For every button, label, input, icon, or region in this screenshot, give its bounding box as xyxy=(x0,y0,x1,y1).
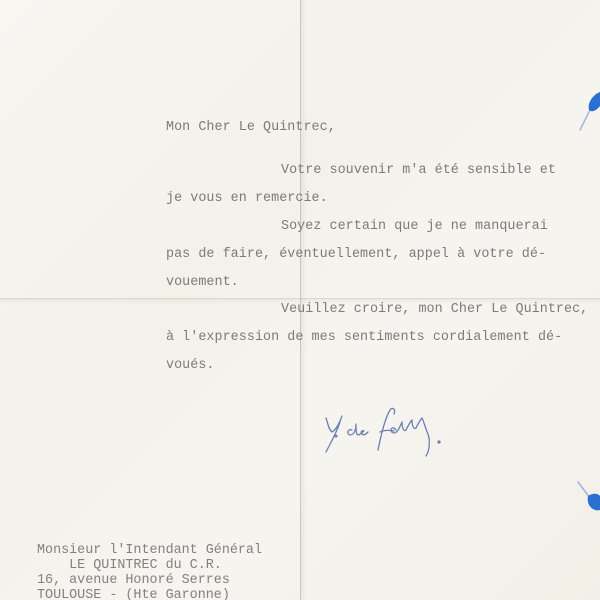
body-line-5: vouement. xyxy=(166,275,239,291)
handwritten-signature xyxy=(318,400,458,460)
body-line-1: Votre souvenir m'a été sensible et xyxy=(281,163,556,179)
blue-ink-mark-bottom xyxy=(572,478,600,512)
body-line-7: à l'expression de mes sentiments cordial… xyxy=(166,330,562,346)
address-line-2: LE QUINTREC du C.R. xyxy=(37,559,222,574)
salutation: Mon Cher Le Quintrec, xyxy=(166,120,336,136)
body-line-8: voués. xyxy=(166,358,215,374)
body-line-2: je vous en remercie. xyxy=(166,191,328,207)
address-line-3: 16, avenue Honoré Serres xyxy=(37,574,230,589)
letter-paper: Mon Cher Le Quintrec, Votre souvenir m'a… xyxy=(0,0,600,600)
body-line-3: Soyez certain que je ne manquerai xyxy=(281,219,548,235)
body-line-4: pas de faire, éventuellement, appel à vo… xyxy=(166,247,546,263)
horizontal-fold-line xyxy=(0,298,600,299)
blue-ink-mark-top xyxy=(572,92,600,136)
body-line-6: Veuillez croire, mon Cher Le Quintrec, xyxy=(281,302,588,318)
address-line-4: TOULOUSE - (Hte Garonne) xyxy=(37,589,230,600)
address-line-1: Monsieur l'Intendant Général xyxy=(37,544,262,559)
